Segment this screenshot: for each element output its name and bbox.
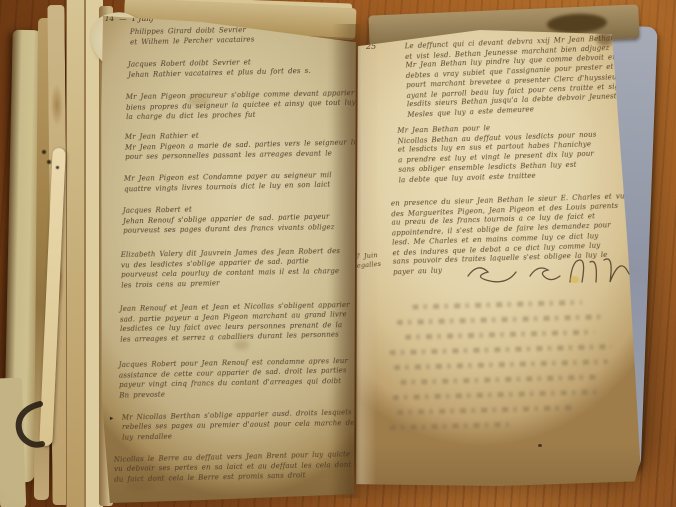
manuscript-paragraph: Jacques Robert doibt Sevrier etJehan Rat… xyxy=(128,56,311,79)
ink-speck xyxy=(47,160,51,164)
ink-speck xyxy=(56,166,59,169)
manuscript-paragraph: Jean Renouf et Jean et Jean et Nicollas … xyxy=(120,300,351,344)
ink-speck xyxy=(42,150,46,154)
ghost-line xyxy=(394,359,608,370)
ghost-line xyxy=(393,389,601,400)
ghost-line xyxy=(397,314,602,325)
left-page: 114 — 1 Julij 24 Philippes Girard doibt … xyxy=(96,12,358,507)
ghost-line xyxy=(389,344,611,355)
manuscript-paragraph: Le deffunct qui ci devant debvra xxij Mr… xyxy=(405,34,633,120)
manuscript-paragraph: Mr Jean Rathier etMr Jean Pigeon a marie… xyxy=(125,128,363,162)
margin-marker: ▸ xyxy=(110,413,114,422)
manuscript-paragraph: Mr Jean Bethan pour leNicollas Bethan au… xyxy=(397,121,598,185)
page-edge-strip xyxy=(66,0,86,507)
cover-stain xyxy=(547,13,608,34)
manuscript-paragraph: Philippes Girard doibt Sevrieret Wilhem … xyxy=(130,25,255,47)
photo-of-open-manuscript: 25 Le deffunct qui ci devant debvra xxij… xyxy=(0,0,676,507)
manuscript-paragraph: Mr Jean Pigeon procureur s'oblige comme … xyxy=(126,88,369,122)
manuscript-paragraph: Jacques Robert etJehan Renouf s'oblige a… xyxy=(123,202,335,236)
ghost-line xyxy=(405,330,595,340)
ghost-line xyxy=(400,374,598,385)
metal-clasp xyxy=(14,400,48,450)
right-page: 25 Le deffunct qui ci devant debvra xxij… xyxy=(350,24,642,486)
bleed-through-ghost-text xyxy=(384,299,628,441)
manuscript-paragraph: A Nicollas le Berre au deffaut vers Jean… xyxy=(114,450,352,484)
ghost-line xyxy=(390,422,510,430)
manuscript-paragraph: ▸ Mr Nicollas Berthan s'oblige apparier … xyxy=(122,408,355,442)
manuscript-paragraph: Jacques Robert pour Jean Renouf est cond… xyxy=(119,356,349,400)
signature-flourish xyxy=(462,240,638,294)
manuscript-paragraph: Elizabeth Valery dit Jauvrein James des … xyxy=(121,246,341,290)
ghost-line xyxy=(397,405,573,415)
manuscript-paragraph: Mr Jean Pigeon est Condamne payer au sei… xyxy=(124,170,332,194)
